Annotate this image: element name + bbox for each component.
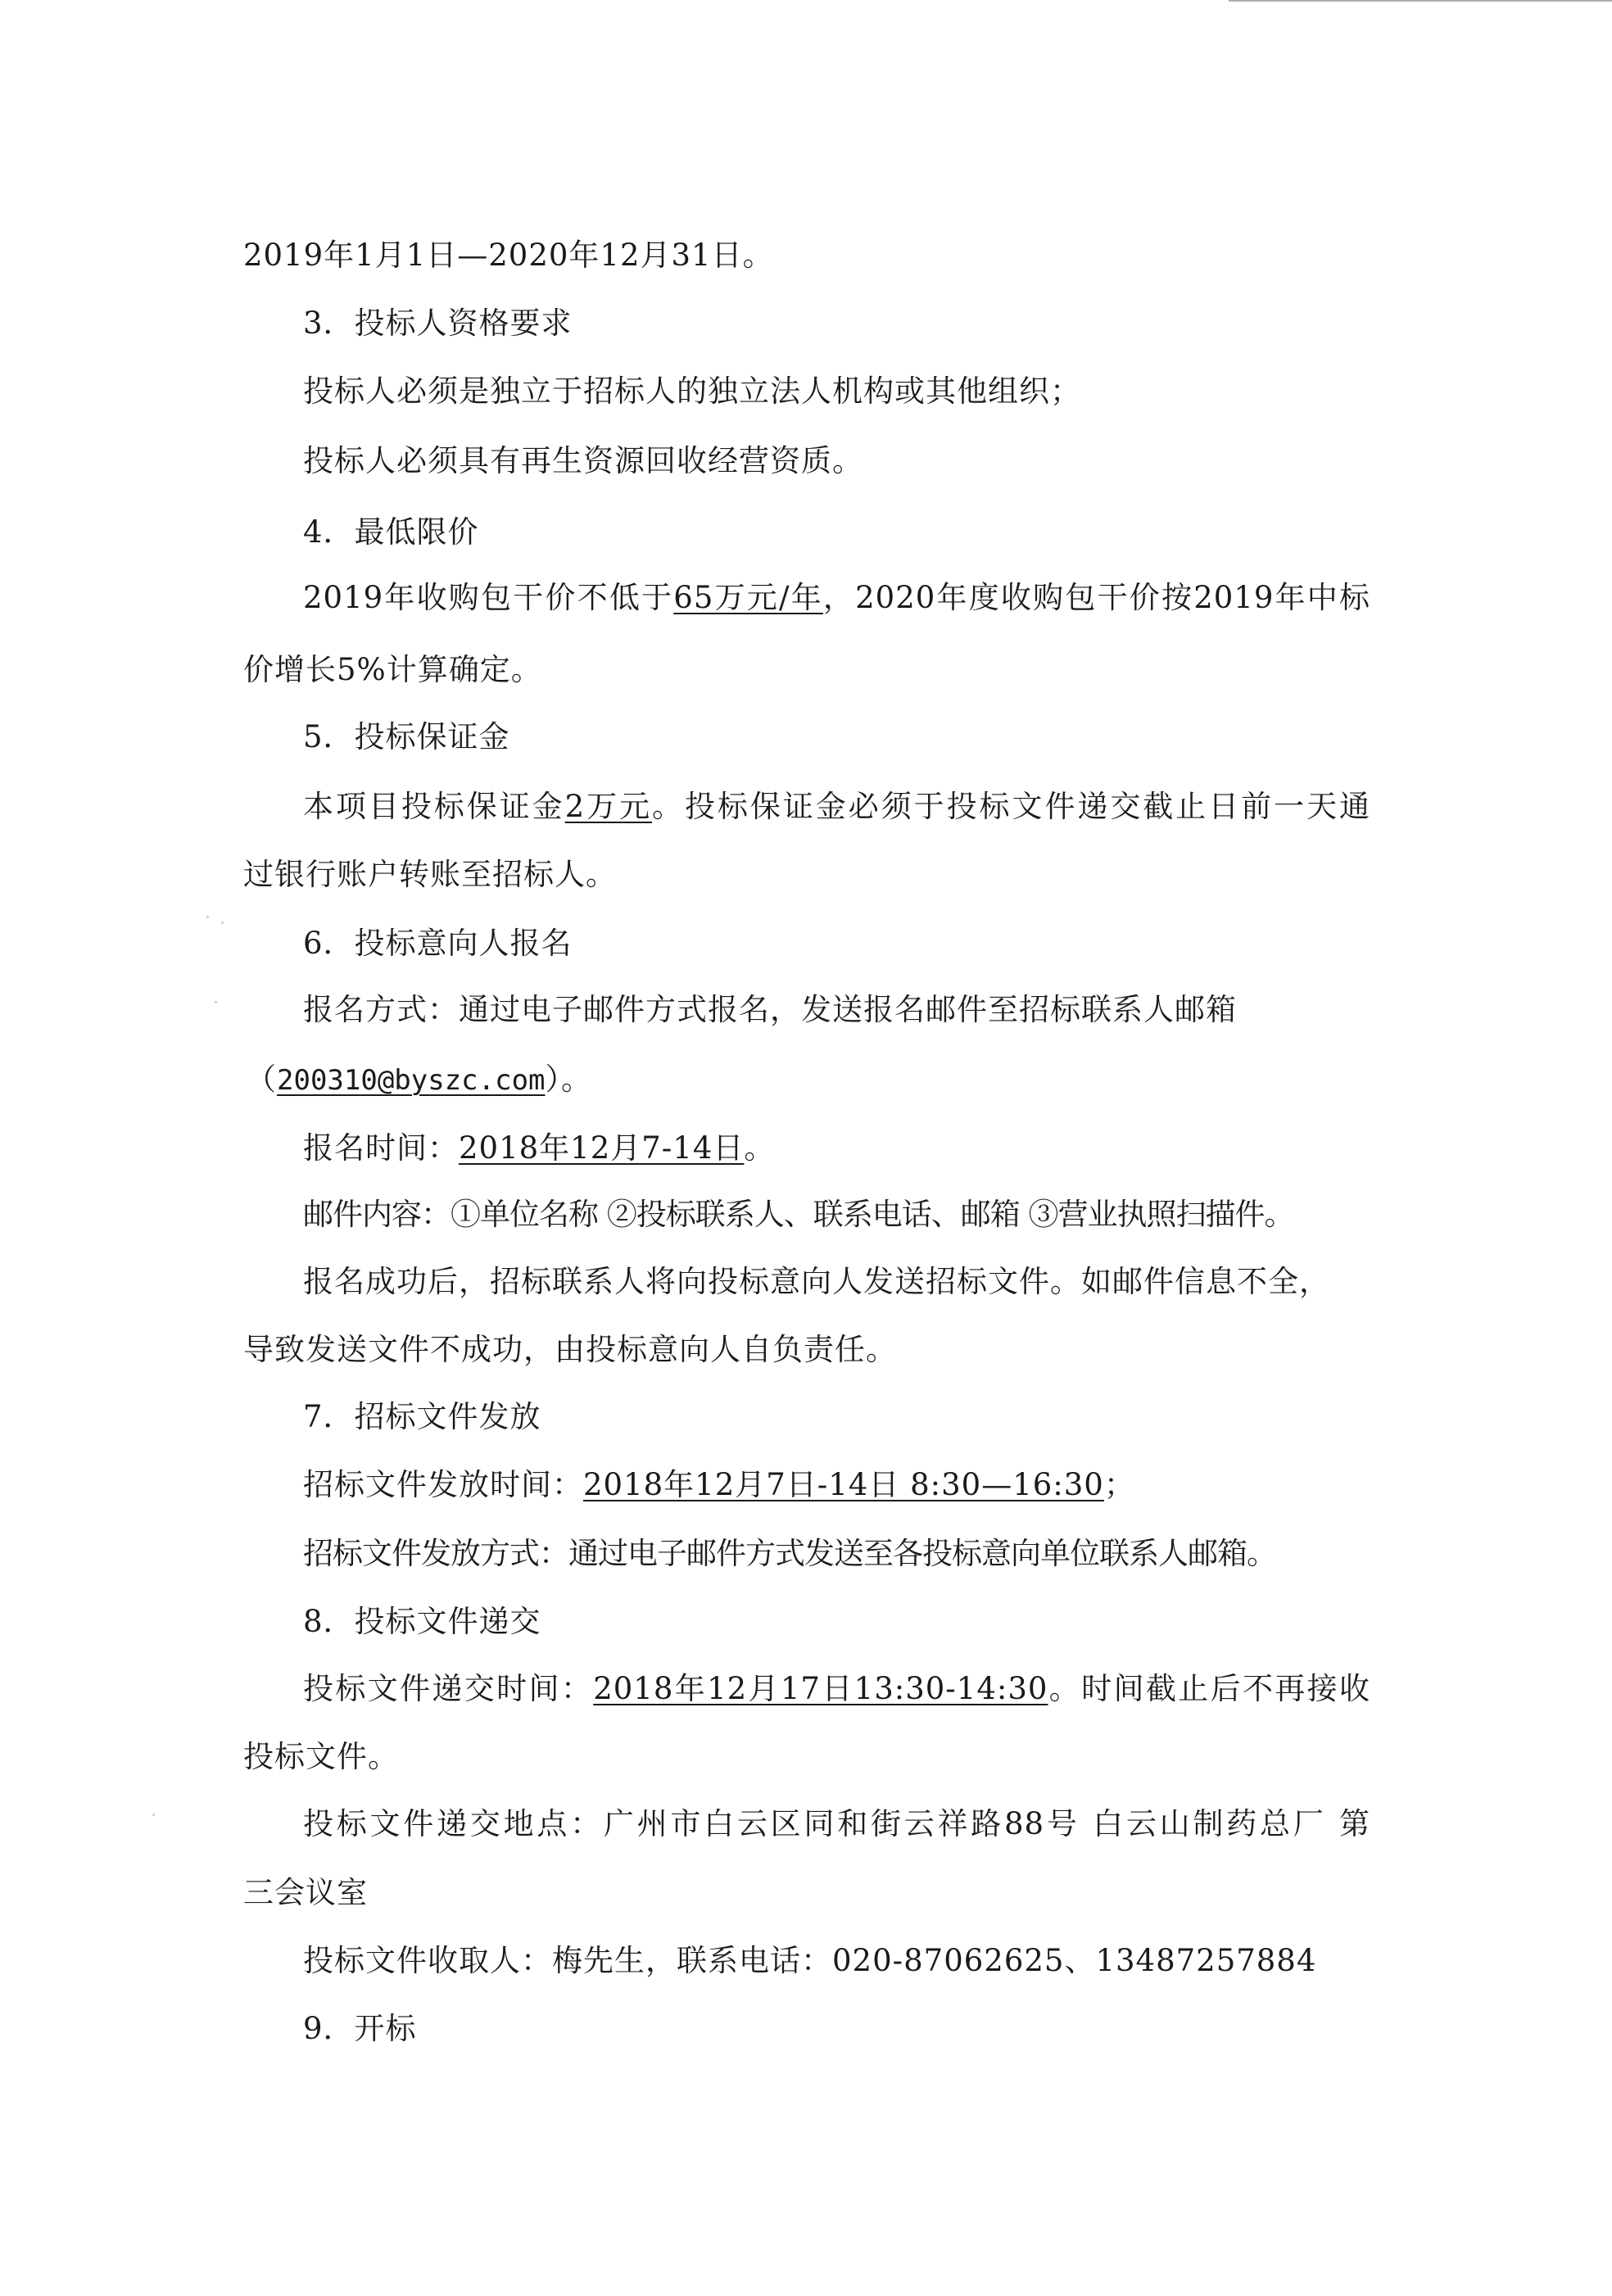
mail-content-line: 邮件内容：①单位名称 ②投标联系人、联系电话、邮箱 ③营业执照扫描件。 [303, 1190, 1370, 1239]
section-heading-6: 6．投标意向人报名 [303, 919, 1370, 968]
deposit-line-2: 过银行账户转账至招标人。 [243, 850, 1370, 899]
scan-speck [152, 1814, 155, 1816]
submit-time-value: 2018年12月17日13:30-14:30 [593, 1671, 1048, 1706]
requirement-line-1: 投标人必须是独立于招标人的独立法人机构或其他组织； [303, 367, 1370, 416]
receiver-text: 投标文件收取人：梅先生，联系电话：020-87062625、1348725788… [303, 1943, 1316, 1978]
registration-method-line-1: 报名方式：通过电子邮件方式报名，发送报名邮件至招标联系人邮箱 [303, 985, 1370, 1035]
price-text-a: 2019年收购包干价不低于 [303, 580, 673, 615]
submit-place-text: 投标文件递交地点：广州市白云区同和街云祥路88号 白云山制药总厂 第 [303, 1806, 1370, 1841]
submit-time-label: 投标文件递交时间： [303, 1671, 593, 1706]
submit-place-line-1: 投标文件递交地点：广州市白云区同和街云祥路88号 白云山制药总厂 第 [303, 1800, 1370, 1849]
issue-method-text: 招标文件发放方式：通过电子邮件方式发送至各投标意向单位联系人邮箱。 [303, 1536, 1276, 1571]
period-end-line: 2019年1月1日—2020年12月31日。 [243, 231, 1370, 280]
deposit-text-a: 本项目投标保证金 [303, 789, 565, 824]
scan-speck [221, 922, 224, 924]
requirement-1-text: 投标人必须是独立于招标人的独立法人机构或其他组织； [303, 374, 1081, 409]
deposit-continuation-text: 过银行账户转账至招标人。 [243, 857, 617, 892]
heading-5-text: 5．投标保证金 [303, 719, 510, 754]
price-line-1: 2019年收购包干价不低于65万元/年，2020年度收购包干价按2019年中标 [303, 573, 1370, 623]
mail-content-text: 邮件内容：①单位名称 ②投标联系人、联系电话、邮箱 ③营业执照扫描件。 [303, 1197, 1294, 1232]
scan-speck [206, 916, 209, 918]
requirement-line-2: 投标人必须具有再生资源回收经营资质。 [303, 437, 1370, 486]
section-heading-4: 4．最低限价 [303, 508, 1370, 557]
receiver-line: 投标文件收取人：梅先生，联系电话：020-87062625、1348725788… [303, 1936, 1370, 1986]
submit-place-continuation: 三会议室 [243, 1875, 368, 1910]
submit-time-note: 。时间截止后不再接收 [1048, 1671, 1370, 1706]
heading-6-text: 6．投标意向人报名 [303, 926, 573, 961]
issue-time-line: 招标文件发放时间：2018年12月7日-14日 8:30—16:30； [303, 1460, 1370, 1510]
registration-time-end: 。 [744, 1130, 775, 1166]
close-paren: ）。 [546, 1062, 593, 1097]
price-continuation-text: 价增长5%计算确定。 [243, 652, 542, 687]
submit-place-line-2: 三会议室 [243, 1868, 1370, 1918]
min-price-value: 65万元/年 [673, 580, 823, 615]
heading-4-text: 4．最低限价 [303, 514, 479, 550]
heading-3-text: 3．投标人资格要求 [303, 306, 573, 341]
registration-time-value: 2018年12月7-14日 [459, 1130, 744, 1166]
registration-time-line: 报名时间：2018年12月7-14日。 [303, 1124, 1370, 1173]
scan-speck [215, 1001, 217, 1003]
heading-9-text: 9．开标 [303, 2011, 417, 2046]
registration-email-link[interactable]: 200310@byszc.com [277, 1064, 546, 1097]
submit-time-line-1: 投标文件递交时间：2018年12月17日13:30-14:30。时间截止后不再接… [303, 1664, 1370, 1714]
heading-8-text: 8．投标文件递交 [303, 1604, 541, 1639]
issue-time-end: ； [1104, 1467, 1135, 1502]
requirement-2-text: 投标人必须具有再生资源回收经营资质。 [303, 443, 863, 478]
submit-time-continuation: 投标文件。 [243, 1739, 399, 1774]
registration-note-line-1: 报名成功后，招标联系人将向投标意向人发送招标文件。如邮件信息不全， [303, 1257, 1370, 1307]
section-heading-5: 5．投标保证金 [303, 713, 1370, 762]
heading-7-text: 7．招标文件发放 [303, 1399, 541, 1434]
scan-edge-mark [1229, 0, 1612, 2]
scanned-document-page: 2019年1月1日—2020年12月31日。 3．投标人资格要求 投标人必须是独… [0, 0, 1612, 2296]
registration-method-text: 报名方式：通过电子邮件方式报名，发送报名邮件至招标联系人邮箱 [303, 992, 1237, 1027]
price-line-2: 价增长5%计算确定。 [243, 645, 1370, 695]
section-heading-9: 9．开标 [303, 2004, 1370, 2054]
section-heading-8: 8．投标文件递交 [303, 1597, 1370, 1646]
section-heading-3: 3．投标人资格要求 [303, 299, 1370, 348]
section-heading-7: 7．招标文件发放 [303, 1393, 1370, 1442]
issue-time-value: 2018年12月7日-14日 8:30—16:30 [583, 1467, 1104, 1502]
deposit-line-1: 本项目投标保证金2万元。投标保证金必须于投标文件递交截止日前一天通 [303, 782, 1370, 831]
registration-note-text: 报名成功后，招标联系人将向投标意向人发送招标文件。如邮件信息不全， [303, 1264, 1330, 1299]
registration-time-label: 报名时间： [303, 1130, 459, 1166]
registration-note-line-2: 导致发送文件不成功，由投标意向人自负责任。 [243, 1325, 1370, 1374]
registration-note-continuation: 导致发送文件不成功，由投标意向人自负责任。 [243, 1332, 897, 1367]
submit-time-line-2: 投标文件。 [243, 1732, 1370, 1782]
issue-method-line: 招标文件发放方式：通过电子邮件方式发送至各投标意向单位联系人邮箱。 [303, 1529, 1370, 1578]
period-end-text: 2019年1月1日—2020年12月31日。 [243, 238, 774, 273]
open-paren: （ [246, 1062, 277, 1097]
price-text-b: ，2020年度收购包干价按2019年中标 [823, 580, 1370, 615]
registration-method-line-2: （200310@byszc.com）。 [246, 1055, 1373, 1104]
issue-time-label: 招标文件发放时间： [303, 1467, 583, 1502]
deposit-text-b: 。投标保证金必须于投标文件递交截止日前一天通 [652, 789, 1370, 824]
deposit-amount: 2万元 [565, 789, 652, 824]
